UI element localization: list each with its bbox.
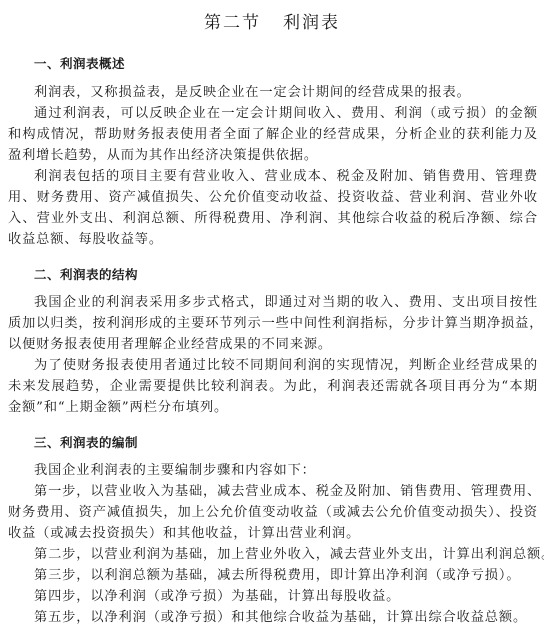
paragraph-line: 用、财务费用、资产减值损失、公允价值变动收益、投资收益、营业利润、营业外收: [8, 188, 538, 208]
paragraph-line: 通过利润表，可以反映企业在一定会计期间收入、费用、利润（或亏损）的金额: [34, 104, 538, 124]
title-section-number: 第二节: [204, 13, 261, 33]
section-heading-overview: 一、利润表概述: [34, 54, 125, 72]
paragraph-line: 质加以归类，按利润形成的主要环节列示一些中间性利润指标，分步计算当期净损益，: [8, 314, 538, 334]
section-heading-structure: 二、利润表的结构: [34, 265, 138, 283]
paragraph-line: 未来发展趋势，企业需要提供比较利润表。为此，利润表还需就各项目再分为“本期: [8, 377, 538, 397]
paragraph-line: 财务费用、资产减值损失，加上公允价值变动收益（或减去公允价值变动损失）、投资: [8, 503, 538, 523]
document-page: 第二节利润表 一、利润表概述 利润表，又称损益表，是反映企业在一定会计期间的经营…: [0, 0, 544, 634]
paragraph-line: 第三步，以利润总额为基础，减去所得税费用，即计算出净利润（或净亏损）。: [34, 566, 538, 586]
paragraph-line: 第一步，以营业收入为基础，减去营业成本、税金及附加、销售费用、管理费用、: [34, 482, 538, 502]
paragraph-line: 以便财务报表使用者理解企业经营成果的不同来源。: [8, 335, 538, 355]
paragraph-line: 第五步，以净利润（或净亏损）和其他综合收益为基础，计算出综合收益总额。: [34, 608, 538, 628]
paragraph-line: 金额”和“上期金额”两栏分布填列。: [8, 398, 538, 418]
paragraph-line: 为了使财务报表使用者通过比较不同期间利润的实现情况，判断企业经营成果的: [34, 356, 538, 376]
paragraph-line: 利润表，又称损益表，是反映企业在一定会计期间的经营成果的报表。: [34, 83, 538, 103]
page-title: 第二节利润表: [0, 8, 544, 33]
paragraph-line: 入、营业外支出、利润总额、所得税费用、净利润、其他综合收益的税后净额、综合: [8, 209, 538, 229]
paragraph-line: 利润表包括的项目主要有营业收入、营业成本、税金及附加、销售费用、管理费: [34, 167, 538, 187]
paragraph-line: 盈利增长趋势，从而为其作出经济决策提供依据。: [8, 146, 538, 166]
paragraph-line: 第二步，以营业利润为基础，加上营业外收入，减去营业外支出，计算出利润总额。: [34, 545, 538, 565]
paragraph-line: 我国企业利润表的主要编制步骤和内容如下：: [34, 461, 538, 481]
paragraph-line: 收益总额、每股收益等。: [8, 230, 538, 250]
paragraph-line: 和构成情况，帮助财务报表使用者全面了解企业的经营成果，分析企业的获利能力及: [8, 125, 538, 145]
paragraph-line: 第四步，以净利润（或净亏损）为基础，计算出每股收益。: [34, 587, 538, 607]
title-text: 利润表: [283, 13, 340, 33]
paragraph-line: 收益（或减去投资损失）和其他收益，计算出营业利润。: [8, 524, 538, 544]
section-heading-preparation: 三、利润表的编制: [34, 433, 138, 451]
paragraph-line: 我国企业的利润表采用多步式格式，即通过对当期的收入、费用、支出项目按性: [34, 293, 538, 313]
